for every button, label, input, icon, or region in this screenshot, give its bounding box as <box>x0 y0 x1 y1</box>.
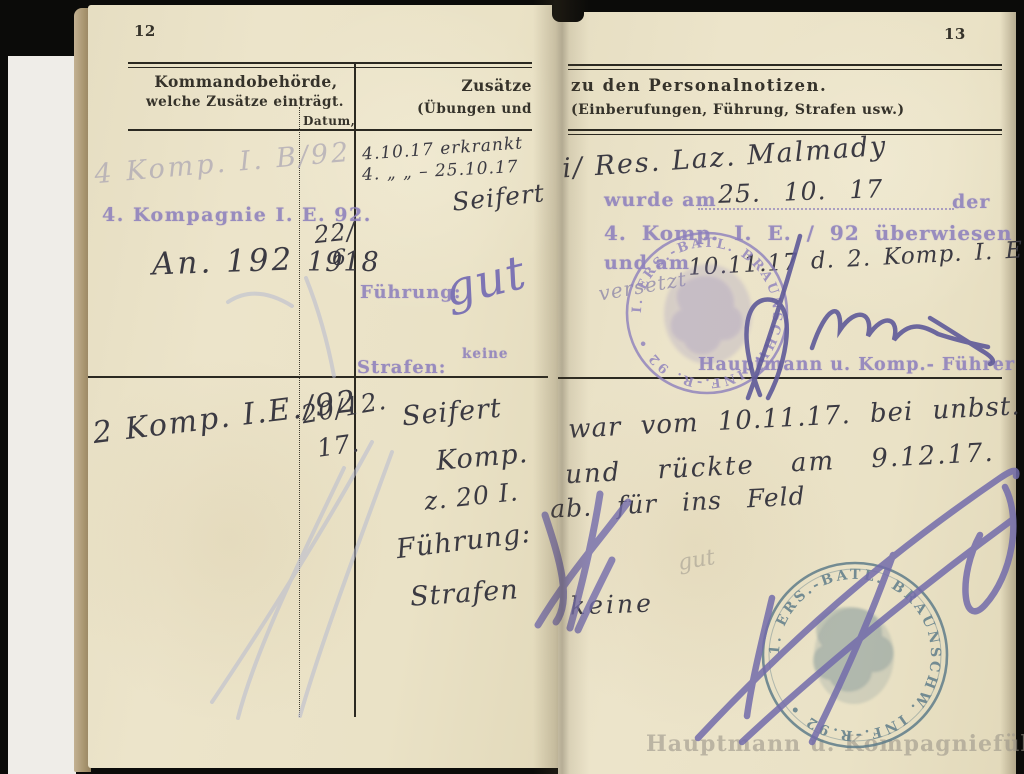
written-unit-upper: An. 192 <box>151 242 294 283</box>
date-fraction-top: 22/ <box>313 217 357 249</box>
seal-lower-emblem <box>813 607 894 704</box>
header-authority-line1: Kommandobehörde, <box>140 72 352 91</box>
left-header-bottom-rule <box>128 129 532 131</box>
left-middle-divider <box>88 376 548 378</box>
stamp-dotted-line <box>698 192 954 210</box>
scanner-white-strip <box>8 56 76 774</box>
header-date-label: Datum, <box>303 114 355 128</box>
round-seal-upper: I. ERS.-BATL. BRAUNSCHW. INF.-R. 92 • <box>616 222 798 404</box>
right-top-rule <box>568 64 1002 70</box>
right-header-bottom-rule <box>568 129 1002 135</box>
keine-stamp-value: keine <box>462 346 508 362</box>
right-header-line2: (Einberufungen, Führung, Strafen usw.) <box>571 102 905 118</box>
page-number-right: 13 <box>944 25 966 43</box>
lower-date-line2: 17. <box>315 428 361 463</box>
scanned-militarpass-spread: 12 Kommandobehörde, welche Zusätze eintr… <box>0 0 1024 774</box>
strafen-stamp-label: Strafen: <box>357 357 446 378</box>
header-authority-line2: welche Zusätze einträgt. <box>128 94 362 110</box>
gutter-shadow <box>533 0 589 774</box>
written-year: 1918 <box>307 247 380 278</box>
seal-upper-emblem <box>664 264 752 364</box>
stamp-der: der <box>952 191 990 213</box>
header-additions-line1: Zusätze <box>420 76 532 95</box>
right-header-line1: zu den Personalnotizen. <box>571 76 827 95</box>
round-seal-lower: 1. ERS.-BATL. BRAUNSCHW. INF.-R.92 • <box>752 552 958 758</box>
header-additions-line2: (Übungen und <box>400 101 532 117</box>
left-top-rule <box>128 62 532 68</box>
page-number-left: 12 <box>134 22 156 40</box>
